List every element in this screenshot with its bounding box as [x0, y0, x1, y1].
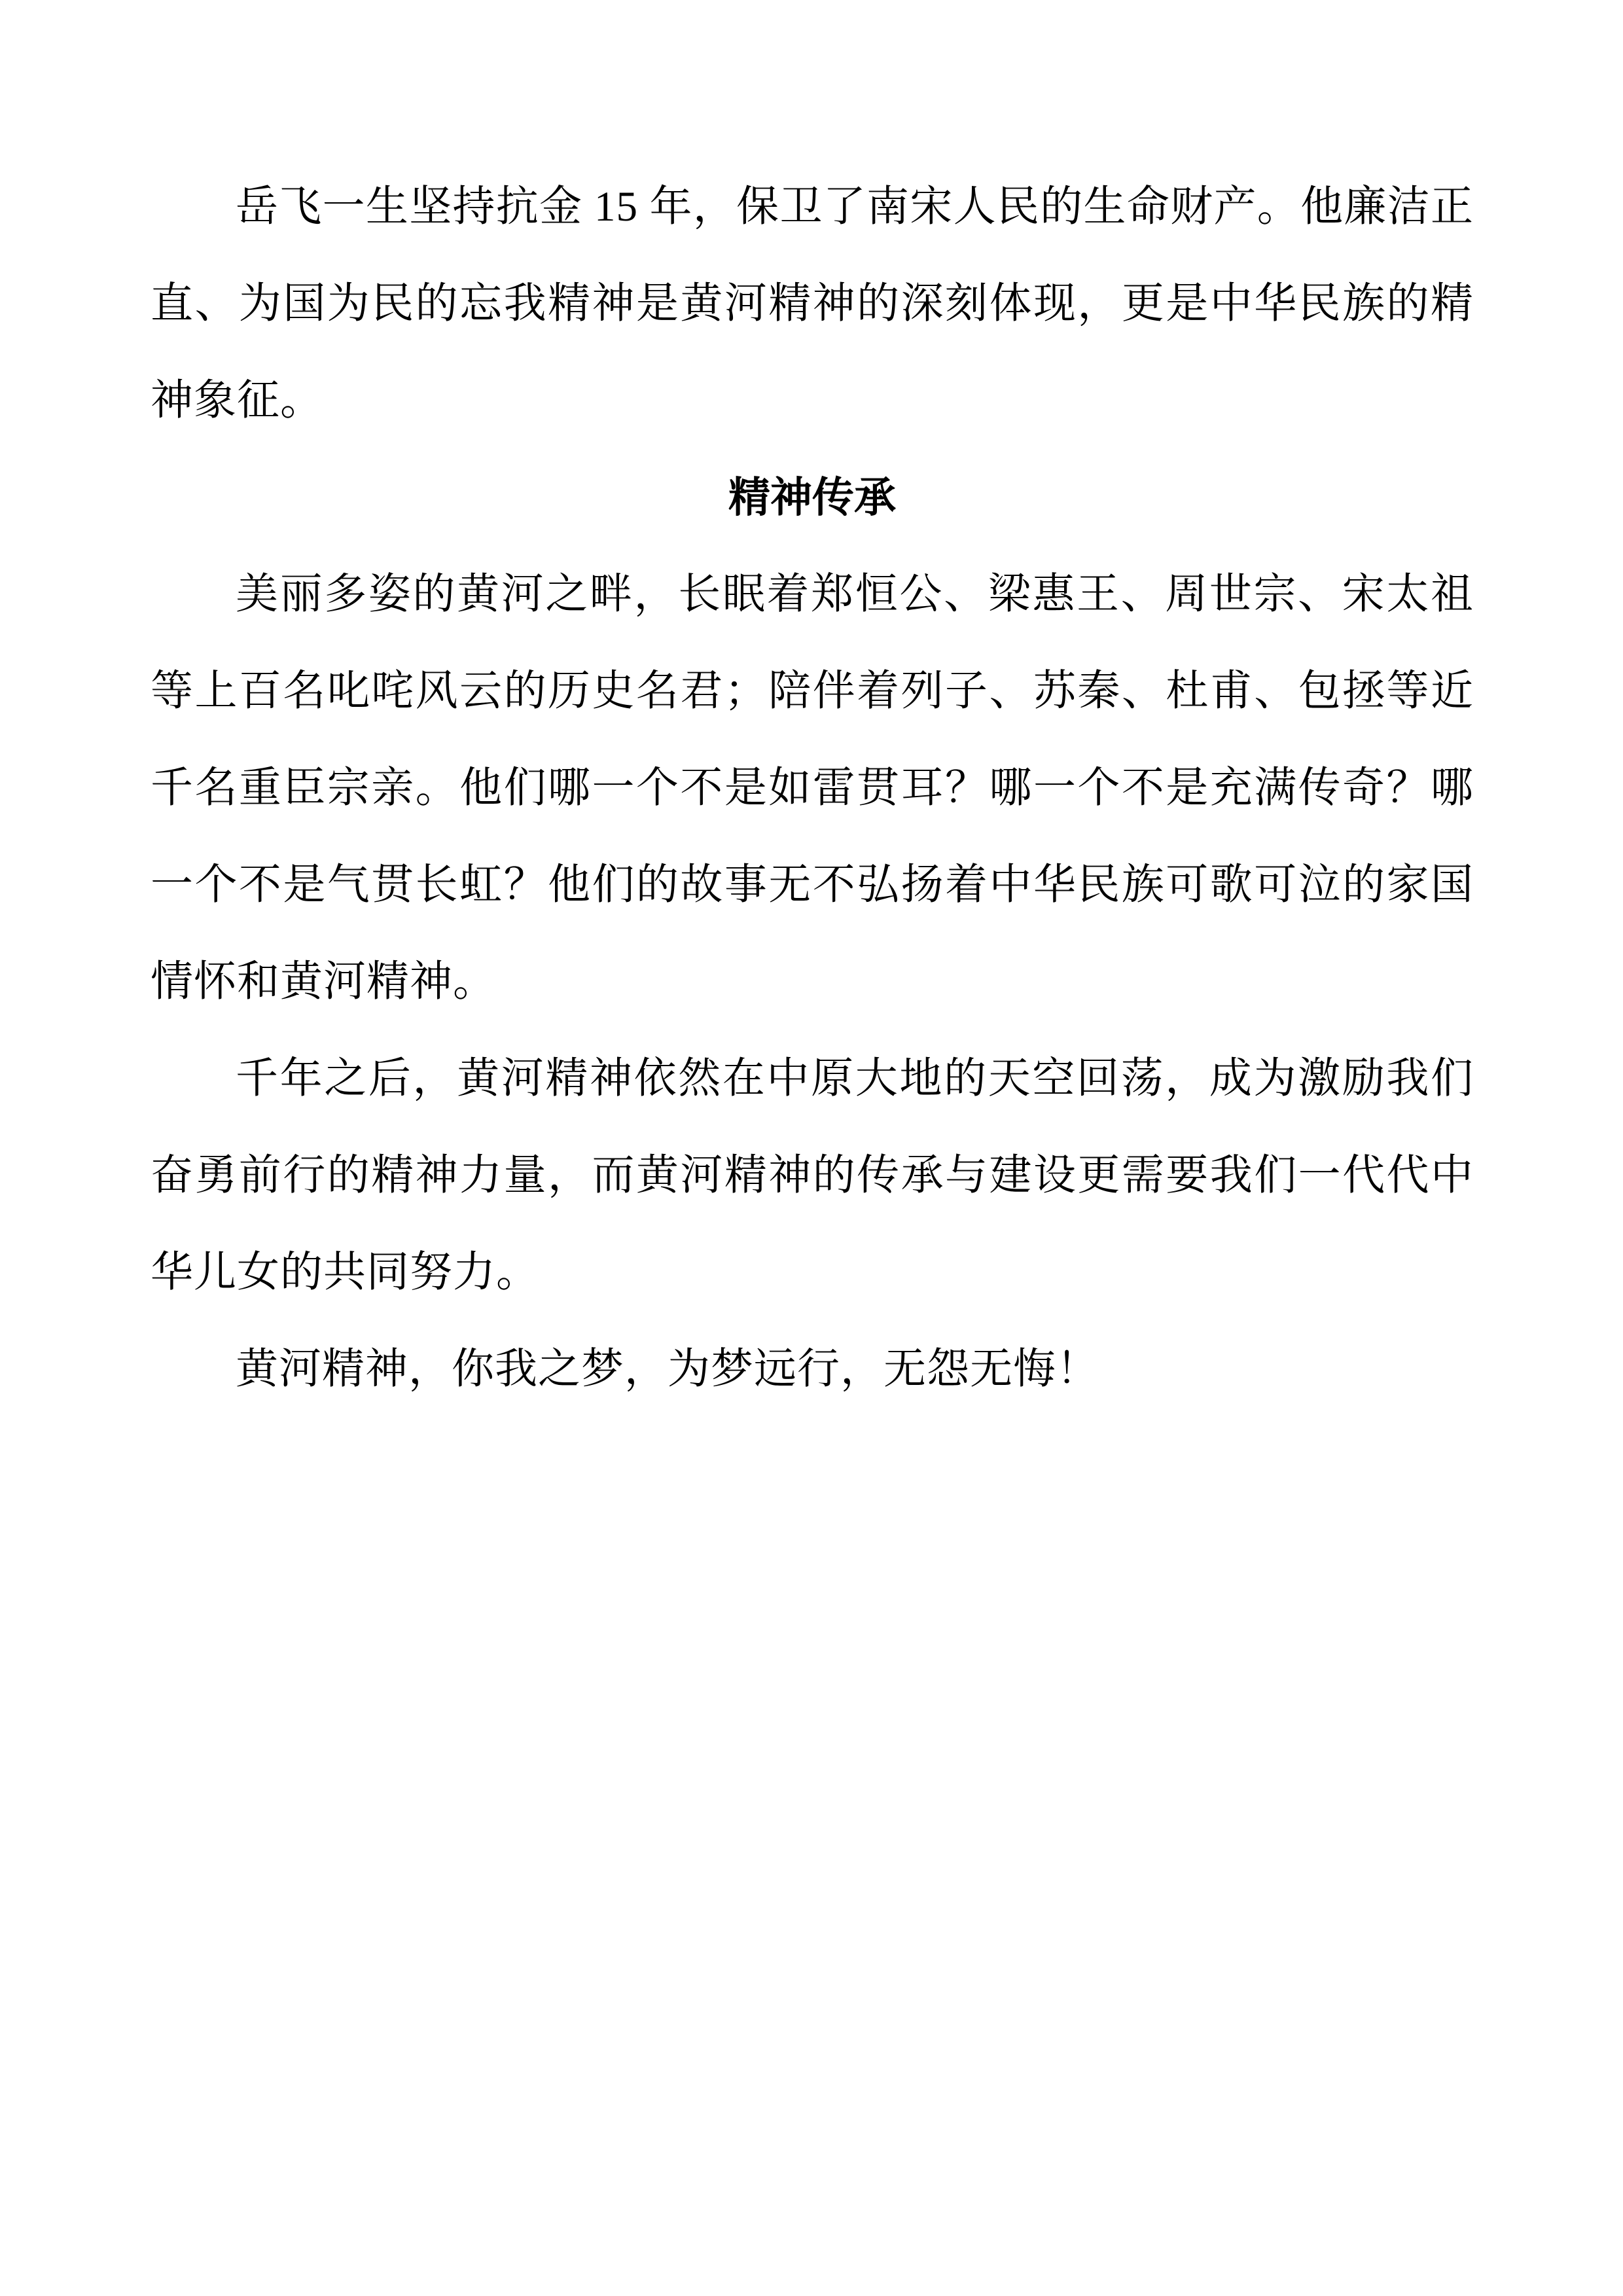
- paragraph-yuefei: 岳飞一生坚持抗金 15 年，保卫了南宋人民的生命财产。他廉洁正直、为国为民的忘我…: [151, 158, 1474, 449]
- document-page: 岳飞一生坚持抗金 15 年，保卫了南宋人民的生命财产。他廉洁正直、为国为民的忘我…: [0, 0, 1623, 2296]
- section-heading: 精神传承: [151, 449, 1474, 546]
- paragraph-thousand-years: 千年之后，黄河精神依然在中原大地的天空回荡，成为激励我们奋勇前行的精神力量，而黄…: [151, 1030, 1474, 1321]
- paragraph-riverside-figures: 美丽多姿的黄河之畔，长眠着郑恒公、梁惠王、周世宗、宋太祖等上百名叱咤风云的历史名…: [151, 546, 1474, 1030]
- paragraph-closing: 黄河精神，你我之梦，为梦远行，无怨无悔！: [151, 1321, 1474, 1418]
